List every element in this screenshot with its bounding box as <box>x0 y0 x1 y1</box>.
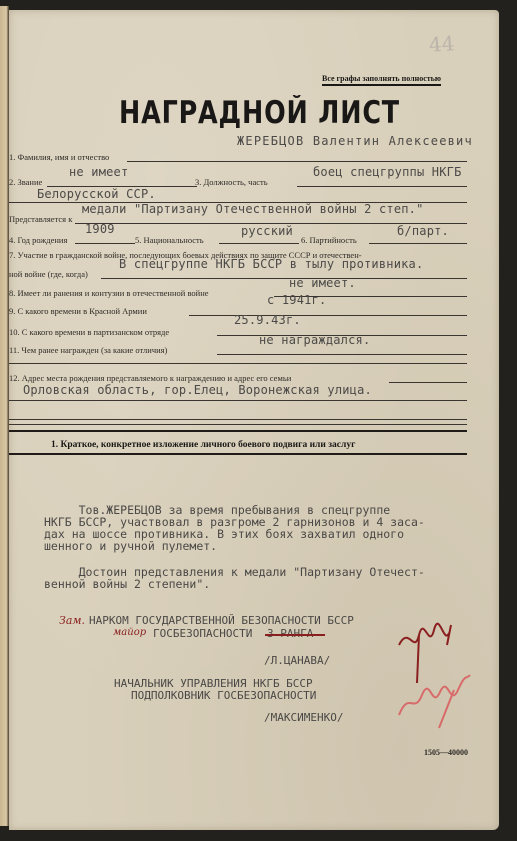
form-print-number: 1505—40000 <box>424 748 468 757</box>
red-army-since-label: 9. С какого времени в Красной Армии <box>9 306 147 316</box>
birth-year-label: 4. Год рождения <box>9 235 67 245</box>
signature-maksimenko-icon <box>394 670 474 730</box>
birth-year-value: 1909 <box>85 222 115 236</box>
signatory-2-name: /МАКСИМЕНКО/ <box>264 712 343 724</box>
award-sheet-page: 44 Все графы заполнять полностью НАГРАДН… <box>9 10 499 830</box>
prior-awards-label: 11. Чем ранее награжден (за какие отличи… <box>9 345 167 355</box>
handwritten-rank-correction: майор <box>113 627 146 638</box>
book-spine <box>0 6 9 826</box>
full-name-label: 1. Фамилия, имя и отчество <box>9 152 109 162</box>
rank-value: не имеет <box>69 165 128 179</box>
position-label: 3. Должность, часть <box>195 177 268 187</box>
address-value: Орловская область, гор.Елец, Воронежская… <box>23 383 372 397</box>
party-label: 6. Партийность <box>301 235 357 245</box>
signatory-1-title-line-1: НАРКОМ ГОСУДАРСТВЕННОЙ БЕЗОПАСНОСТИ БССР <box>89 615 354 627</box>
nationality-label: 5. Национальность <box>135 235 204 245</box>
signatory-2-title-line-2: ПОДПОЛКОВНИК ГОСБЕЗОПАСНОСТИ <box>131 690 316 702</box>
archive-page-mark: 44 <box>428 31 455 57</box>
participation-value: В спецгруппе НКГБ БССР в тылу противника… <box>119 257 423 271</box>
merit-description: Тов.ЖЕРЕБЦОВ за время пребывания в спецг… <box>44 504 425 552</box>
signatory-1-name: /Л.ЦАНАВА/ <box>264 655 330 667</box>
participation-label-cont: ной войне (где, когда) <box>9 269 88 279</box>
partisan-since-label: 10. С какого времени в партизанском отря… <box>9 327 169 337</box>
wounds-label: 8. Имеет ли ранения и контузии в отечест… <box>9 288 209 298</box>
handwritten-deputy-prefix: Зам. <box>59 614 85 627</box>
address-label: 12. Адрес места рождения представляемого… <box>9 373 291 383</box>
signatory-1-title-line-2: ГОСБЕЗОПАСНОСТИ <box>153 628 252 640</box>
position-value-cont: Белорусской ССР. <box>37 187 156 201</box>
nominated-for-label: Представляется к <box>9 214 72 224</box>
merit-recommendation: Достоин представления к медали "Партизан… <box>44 566 425 590</box>
full-name-value: ЖЕРЕБЦОВ Валентин Алексеевич <box>237 134 473 148</box>
rank-label: 2. Звание <box>9 177 42 187</box>
prior-awards-value: не награждался. <box>259 333 370 347</box>
section-1-heading: 1. Краткое, конкретное изложение личного… <box>51 440 355 450</box>
partisan-since-value: 25.9.43г. <box>234 313 301 327</box>
document-title: НАГРАДНОЙ ЛИСТ <box>119 95 400 131</box>
wounds-value: не имеет. <box>289 276 356 290</box>
nationality-value: русский <box>241 224 293 238</box>
position-value: боец спецгруппы НКГБ <box>313 165 462 179</box>
instruction-note: Все графы заполнять полностью <box>322 74 441 86</box>
nominated-for-value: медали "Партизану Отечественной войны 2 … <box>82 202 424 216</box>
party-value: б/парт. <box>397 224 449 238</box>
red-army-since-value: с 1941г. <box>267 293 326 307</box>
